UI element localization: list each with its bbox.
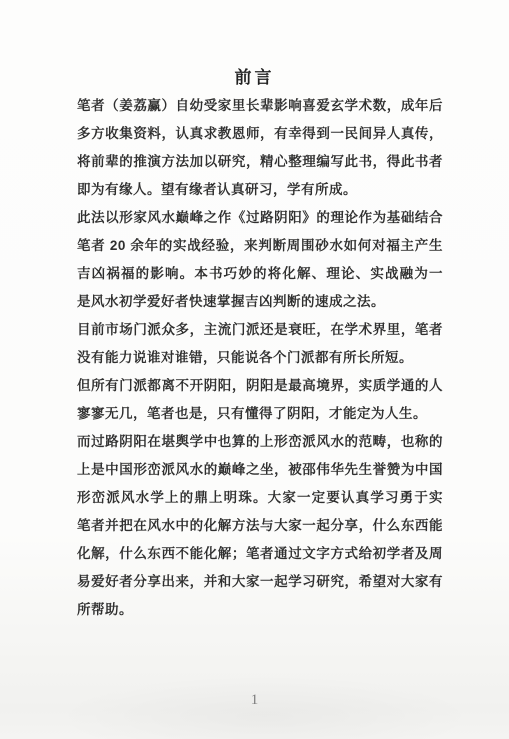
text-line: 将前辈的推演方法加以研究，精心整理编写此书，得此书者 <box>77 148 443 176</box>
text-line: 即为有缘人。望有缘者认真研习，学有所成。 <box>77 176 443 204</box>
text-line: 化解，什么东西不能化解；笔者通过文字方式给初学者及周 <box>77 540 443 568</box>
text-line: 但所有门派都离不开阴阳，阴阳是最高境界，实质学通的人 <box>77 372 443 400</box>
page-title: 前言 <box>0 63 509 88</box>
text-line: 没有能力说谁对谁错，只能说各个门派都有所长所短。 <box>77 344 443 372</box>
text-line: 上是中国形峦派风水的巅峰之坐，被邵伟华先生誉赞为中国 <box>77 456 443 484</box>
text-line: 多方收集资料，认真求教恩师，有幸得到一民间异人真传， <box>77 120 443 148</box>
text-line: 而过路阴阳在堪舆学中也算的上形峦派风水的范畴，也称的 <box>77 428 443 456</box>
text-line: 此法以形家风水巅峰之作《过路阴阳》的理论作为基础结合 <box>77 204 443 232</box>
page-number: 1 <box>0 692 509 709</box>
text-line: 是风水初学爱好者快速掌握吉凶判断的速成之法。 <box>77 288 443 316</box>
document-page: 前言 笔者（姜荔赢）自幼受家里长辈影响喜爱玄学术数，成年后多方收集资料，认真求教… <box>0 0 509 739</box>
text-line: 寥寥无几，笔者也是，只有懂得了阴阳，才能定为人生。 <box>77 400 443 428</box>
text-line: 形峦派风水学上的鼎上明珠。大家一定要认真学习勇于实践。 <box>77 484 443 512</box>
text-line: 笔者并把在风水中的化解方法与大家一起分享，什么东西能 <box>77 512 443 540</box>
body-text: 笔者（姜荔赢）自幼受家里长辈影响喜爱玄学术数，成年后多方收集资料，认真求教恩师，… <box>77 92 443 624</box>
text-line: 目前市场门派众多，主流门派还是衰旺，在学术界里，笔者 <box>77 316 443 344</box>
text-line: 笔者 20 余年的实战经验，来判断周围砂水如何对福主产生 <box>77 232 443 260</box>
text-line: 吉凶祸福的影响。本书巧妙的将化解、理论、实战融为一体。 <box>77 260 443 288</box>
text-line: 易爱好者分享出来，并和大家一起学习研究，希望对大家有 <box>77 568 443 596</box>
text-line: 笔者（姜荔赢）自幼受家里长辈影响喜爱玄学术数，成年后 <box>77 92 443 120</box>
text-line: 所帮助。 <box>77 596 443 624</box>
